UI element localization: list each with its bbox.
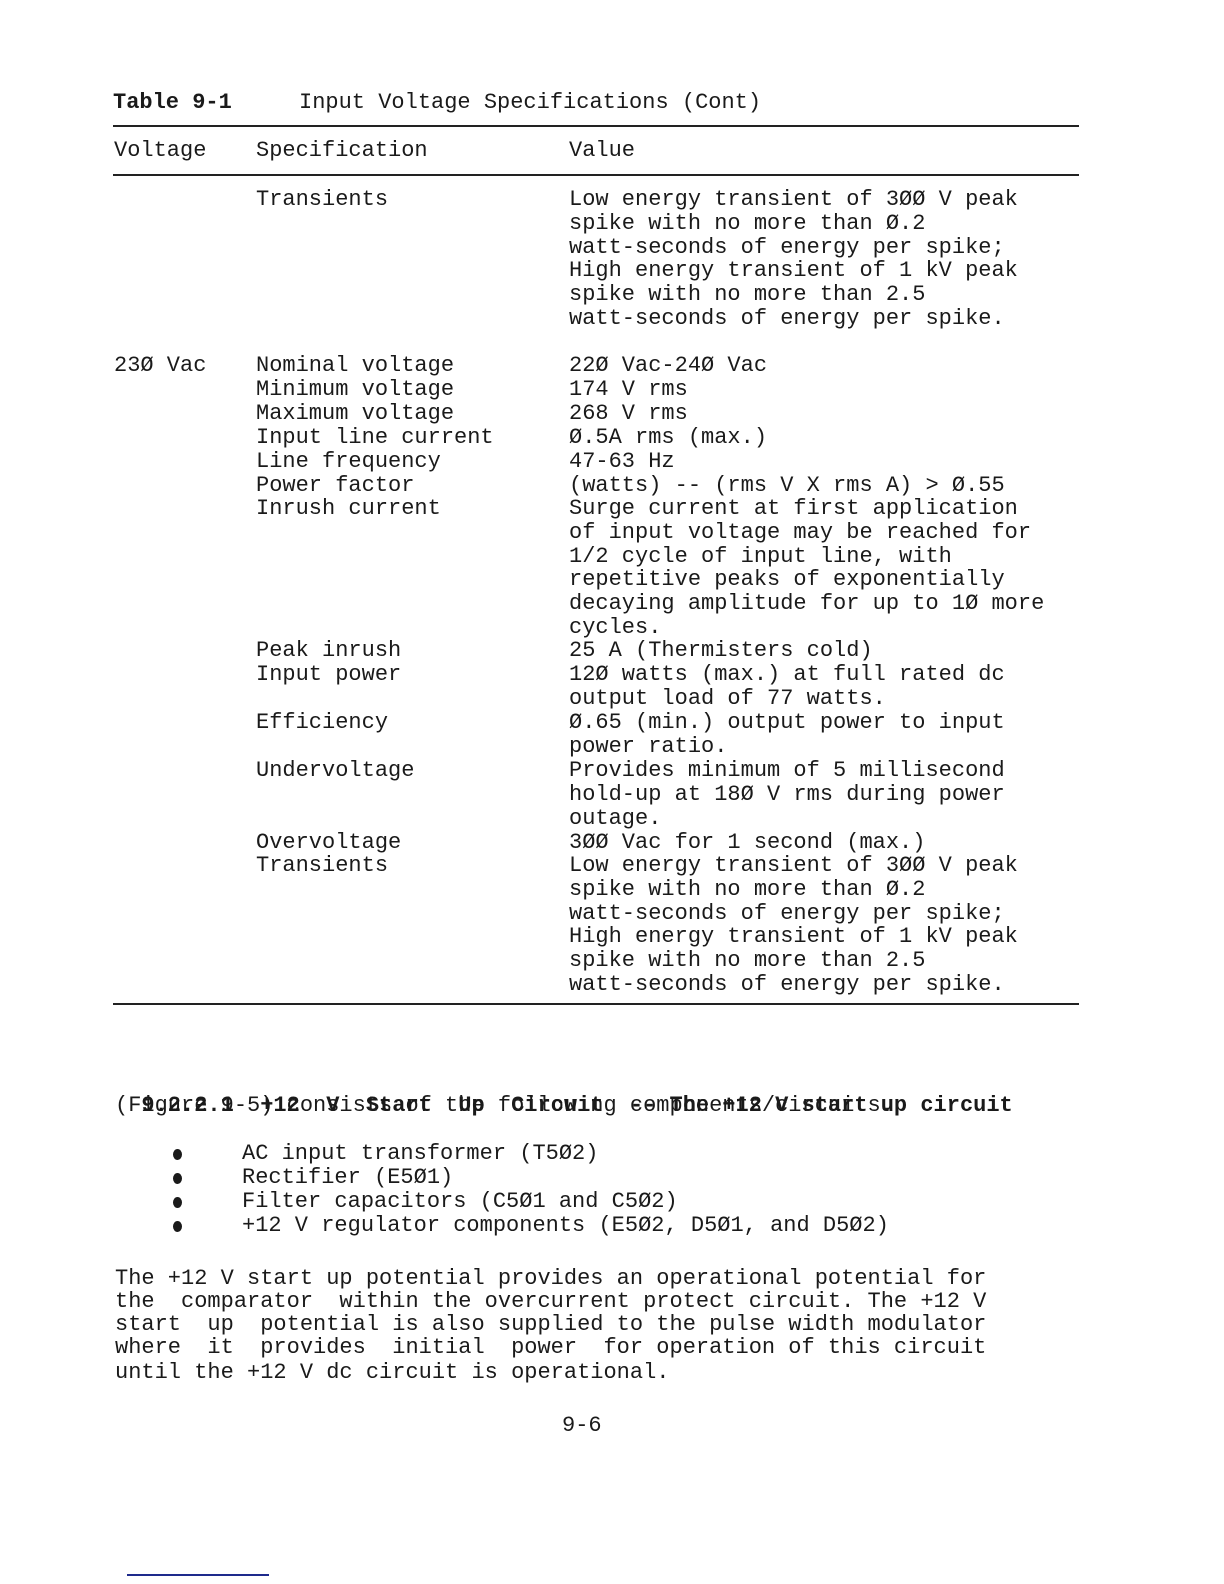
paragraph-line: The +12 V start up potential provides an… [115, 1267, 986, 1291]
list-item-text: +12 V regulator components (E5Ø2, D5Ø1, … [242, 1214, 889, 1238]
row-specification: Peak inrush [256, 639, 401, 663]
header-voltage: Voltage [114, 139, 206, 163]
row-value: Ø.65 (min.) output power to input power … [569, 711, 1005, 759]
row-value: 47-63 Hz [569, 450, 675, 474]
row-value: 25 A (Thermisters cold) [569, 639, 873, 663]
row-value: 268 V rms [569, 402, 688, 426]
section-heading-line2: (Figure 9-5) consists of the following c… [115, 1094, 894, 1118]
bullet-icon [173, 1221, 182, 1232]
table-top-rule [113, 125, 1079, 127]
row-specification: Maximum voltage [256, 402, 454, 426]
row-specification: Efficiency [256, 711, 388, 735]
row-value: Provides minimum of 5 millisecond hold-u… [569, 759, 1005, 830]
paragraph-line: where it provides initial power for oper… [115, 1336, 986, 1360]
list-item-text: AC input transformer (T5Ø2) [242, 1142, 598, 1166]
row-specification: Input line current [256, 426, 494, 450]
row-specification: Minimum voltage [256, 378, 454, 402]
row-value: 22Ø Vac-24Ø Vac [569, 354, 767, 378]
row-specification: Line frequency [256, 450, 441, 474]
row-value: Ø.5A rms (max.) [569, 426, 767, 450]
paragraph-line: until the +12 V dc circuit is operationa… [115, 1361, 670, 1385]
row-value: Low energy transient of 3ØØ V peak spike… [569, 854, 1018, 997]
row-specification: Input power [256, 663, 401, 687]
header-value: Value [569, 139, 635, 163]
table-header-rule [113, 174, 1079, 176]
row-voltage: 23Ø Vac [114, 354, 206, 378]
row-specification: Nominal voltage [256, 354, 454, 378]
row-specification: Transients [256, 854, 388, 878]
row-value: Surge current at first application of in… [569, 497, 1044, 640]
row-value: 3ØØ Vac for 1 second (max.) [569, 831, 925, 855]
row-specification: Transients [256, 188, 388, 212]
bullet-icon [173, 1149, 182, 1160]
bullet-icon [173, 1173, 182, 1184]
row-value: Low energy transient of 3ØØ V peak spike… [569, 188, 1018, 331]
row-value: 174 V rms [569, 378, 688, 402]
list-item-text: Rectifier (E5Ø1) [242, 1166, 453, 1190]
bullet-icon [173, 1197, 182, 1208]
table-title-text: Input Voltage Specifications (Cont) [299, 91, 761, 115]
row-specification: Power factor [256, 474, 414, 498]
row-specification: Overvoltage [256, 831, 401, 855]
header-specification: Specification [256, 139, 428, 163]
row-value: 12Ø watts (max.) at full rated dc output… [569, 663, 1005, 711]
paragraph-line: the comparator within the overcurrent pr… [115, 1290, 986, 1314]
row-specification: Inrush current [256, 497, 441, 521]
table-title-label: Table 9-1 [113, 91, 232, 115]
table-bottom-rule [113, 1003, 1079, 1005]
footer-rule [127, 1574, 269, 1576]
page-number: 9-6 [562, 1414, 602, 1438]
row-specification: Undervoltage [256, 759, 414, 783]
list-item-text: Filter capacitors (C5Ø1 and C5Ø2) [242, 1190, 678, 1214]
row-value: (watts) -- (rms V X rms A) > Ø.55 [569, 474, 1005, 498]
paragraph-line: start up potential is also supplied to t… [115, 1313, 986, 1337]
